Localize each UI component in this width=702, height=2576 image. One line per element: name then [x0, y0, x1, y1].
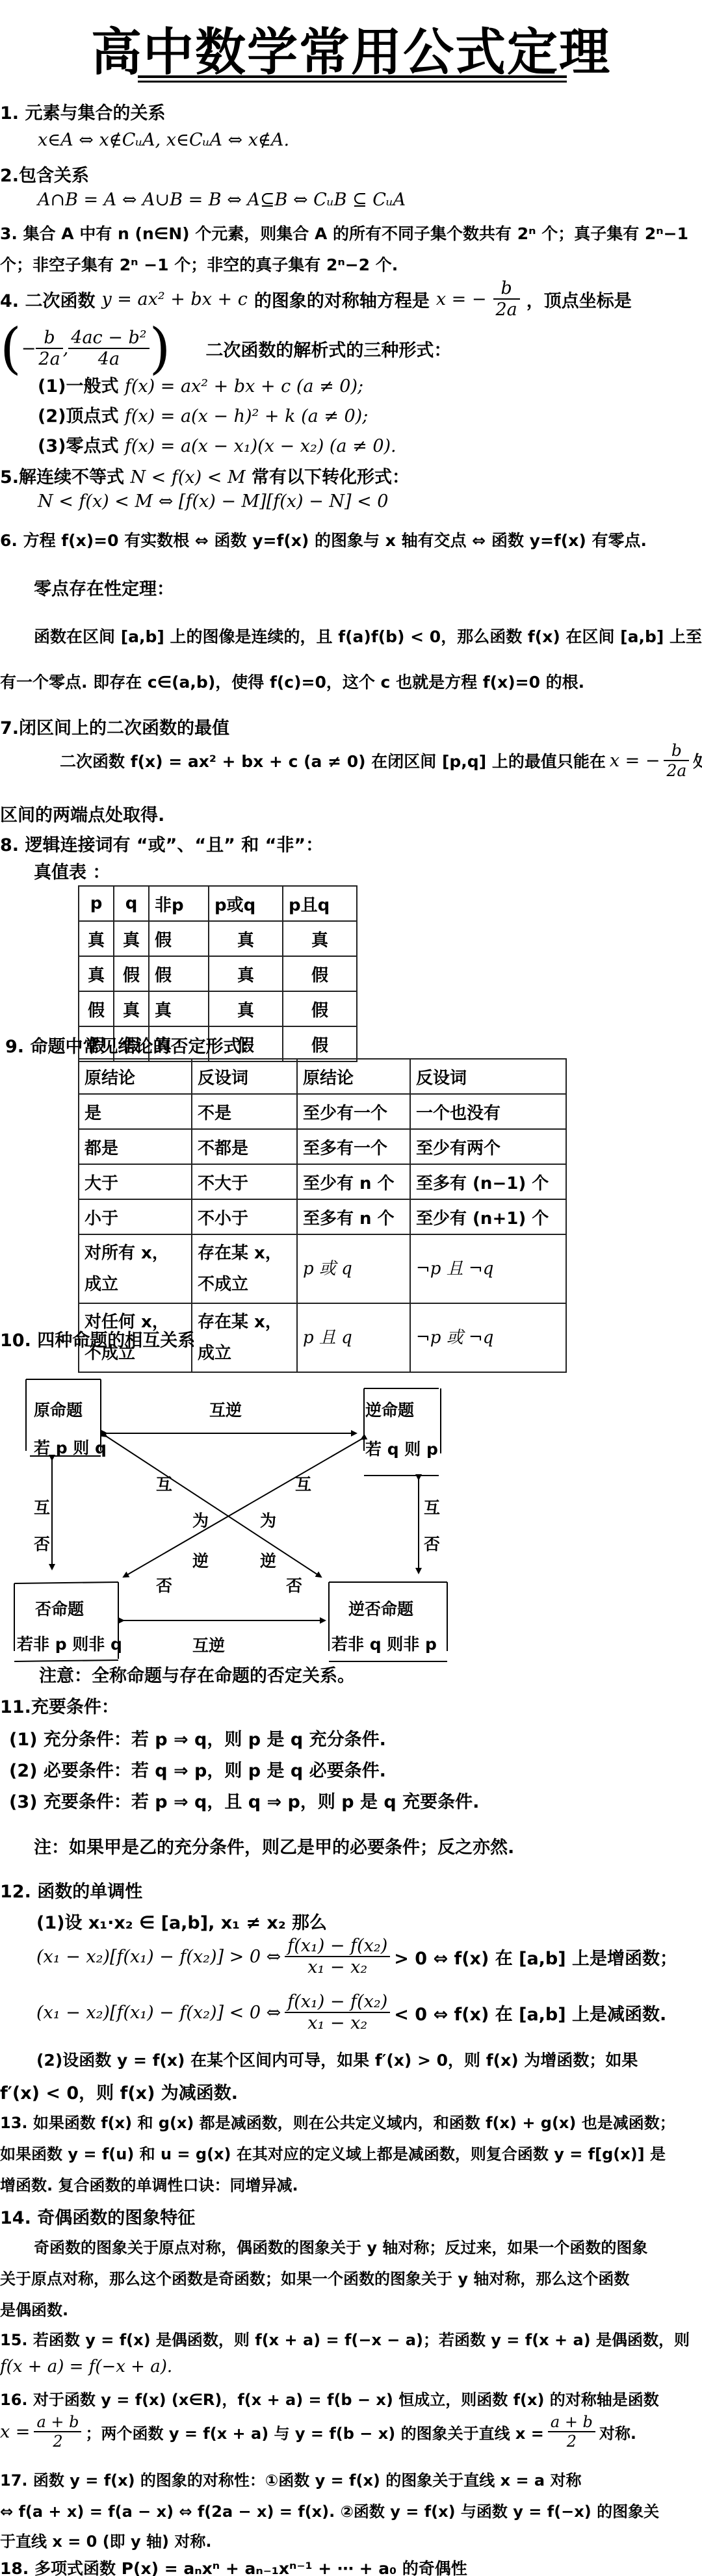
- cell: 至多有 n 个: [297, 1199, 410, 1234]
- cell: 都是: [79, 1129, 192, 1164]
- frac-denominator: x₁ − x₂: [285, 2013, 390, 2033]
- s4-quadratic: y = ax² + bx + c: [101, 289, 247, 309]
- cell: 至少有 n 个: [297, 1164, 410, 1199]
- table-row: 真真假真真: [79, 921, 357, 956]
- frac-numerator: a + b: [548, 2413, 595, 2432]
- cell: 真: [283, 921, 357, 956]
- label-cross-l2: 为: [192, 1508, 209, 1531]
- header-cell: p且q: [283, 886, 357, 921]
- minus-sign: −: [21, 339, 36, 359]
- cell: 至少有 (n+1) 个: [410, 1199, 566, 1234]
- frac-denominator: 2a: [664, 761, 689, 780]
- cell: 真: [209, 921, 283, 956]
- cell: 真: [209, 956, 283, 991]
- header-cell: 原结论: [79, 1059, 192, 1094]
- derivative-line-2: f′(x) < 0，则 f(x) 为减函数.: [0, 2079, 238, 2104]
- section-13-line-3: 增函数. 复合函数的单调性口诀：同增异减.: [0, 2172, 298, 2195]
- cell-line: 存在某 x，: [198, 1312, 282, 1332]
- section-7-line-1: 二次函数 f(x) = ax² + bx + c (a ≠ 0) 在闭区间 [p…: [60, 741, 702, 780]
- forms-heading: 二次函数的解析式的三种形式：: [205, 336, 451, 361]
- cell: 不都是: [192, 1129, 297, 1164]
- cell-line: 成立: [84, 1275, 118, 1294]
- section-7-line-2: 区间的两端点处取得.: [0, 801, 164, 826]
- truth-table-title: 真值表 ：: [34, 858, 110, 883]
- section-11-note: 注：如果甲是乙的充分条件，则乙是甲的必要条件；反之亦然.: [34, 1833, 514, 1858]
- section-16-line-1: 16. 对于函数 y = f(x) (x∈R)，f(x + a) = f(b −…: [0, 2387, 659, 2410]
- box-inverse-statement: 若非 p 则非 q: [17, 1632, 122, 1655]
- cell: 假: [283, 1026, 357, 1061]
- s16-lhs: x =: [0, 2422, 30, 2442]
- s16-fraction-2: a + b 2: [548, 2413, 595, 2451]
- label-cross-l3: 逆: [192, 1548, 209, 1572]
- frac-denominator: x₁ − x₂: [285, 1957, 390, 1977]
- cell: 假: [149, 956, 209, 991]
- s5-pre: 5.解连续不等式: [0, 467, 124, 488]
- condition-necessary: (2) 必要条件：若 q ⇒ p，则 p 是 q 必要条件.: [9, 1756, 386, 1782]
- section-13-line-2: 如果函数 y = f(u) 和 u = g(x) 在其对应的定义域上都是减函数，…: [0, 2141, 666, 2164]
- frac-denominator: 2: [34, 2432, 81, 2451]
- frac-numerator: f(x₁) − f(x₂): [285, 1992, 390, 2013]
- section-16-line-2: x = a + b 2 ；两个函数 y = f(x + a) 与 y = f(b…: [0, 2413, 636, 2451]
- cell: 不大于: [192, 1164, 297, 1199]
- cell: 假: [283, 956, 357, 991]
- form-formula: f(x) = a(x − x₁)(x − x₂) (a ≠ 0).: [125, 436, 396, 456]
- section-15-line-2: f(x + a) = f(−x + a).: [0, 2357, 172, 2376]
- header-cell: 反设词: [410, 1059, 566, 1094]
- s4-pre: 4. 二次函数: [0, 287, 95, 312]
- table-row: 对所有 x，成立 存在某 x，不成立 p 或 q ¬p 且 ¬q: [79, 1234, 566, 1303]
- s5-post: 常有以下转化形式：: [252, 467, 409, 488]
- inc-fraction: f(x₁) − f(x₂) x₁ − x₂: [285, 1936, 390, 1977]
- section-3-line-1: 3. 集合 A 中有 n (n∈N) 个元素，则集合 A 的所有不同子集个数共有…: [0, 221, 688, 244]
- cell: 不是: [192, 1094, 297, 1129]
- section-15-line-1: 15. 若函数 y = f(x) 是偶函数，则 f(x + a) = f(−x …: [0, 2327, 690, 2350]
- condition-iff: (3) 充要条件：若 p ⇒ q，且 q ⇒ p，则 p 是 q 充要条件.: [9, 1788, 479, 1813]
- paren-left: (: [0, 321, 21, 376]
- label-cross-r1: 互: [295, 1472, 311, 1495]
- inc-pre: (x₁ − x₂)[f(x₁) − f(x₂)] > 0 ⇔: [36, 1947, 281, 1967]
- monotonic-decreasing: (x₁ − x₂)[f(x₁) − f(x₂)] < 0 ⇔ f(x₁) − f…: [36, 1992, 666, 2033]
- cell: 至多有一个: [297, 1129, 410, 1164]
- s4-post: ，顶点坐标是: [526, 287, 632, 312]
- s7-post: 处及: [693, 749, 702, 772]
- s4-mid: 的图象的对称轴方程是: [254, 287, 430, 312]
- zero-theorem-title: 零点存在性定理：: [34, 575, 174, 600]
- vertex-x-fraction: b 2a: [36, 328, 62, 369]
- table-header-row: 原结论 反设词 原结论 反设词: [79, 1059, 566, 1094]
- label-right-2: 否: [424, 1531, 440, 1555]
- page-title: 高中数学常用公式定理: [0, 12, 702, 85]
- s5-inequality: N < f(x) < M: [130, 467, 245, 488]
- form-formula: f(x) = a(x − h)² + k (a ≠ 0);: [125, 406, 368, 426]
- section-5-formula: N < f(x) < M ⇔ [f(x) − M][f(x) − N] < 0: [38, 491, 388, 512]
- cell: p 或 q: [297, 1234, 410, 1303]
- frac-denominator: 2a: [493, 300, 520, 320]
- label-cross-l1: 互: [156, 1472, 172, 1495]
- section-10-heading: 10. 四种命题的相互关系: [0, 1326, 195, 1351]
- s16-post: 对称.: [599, 2421, 636, 2443]
- section-17-line-3: 于直线 x = 0 (即 y 轴) 对称.: [0, 2529, 211, 2551]
- section-2-heading: 2.包含关系: [0, 161, 89, 187]
- inc-post: > 0 ⇔ f(x) 在 [a,b] 上是增函数；: [394, 1944, 677, 1970]
- form-label: (2)顶点式: [38, 406, 118, 426]
- form-vertex: (2)顶点式 f(x) = a(x − h)² + k (a ≠ 0);: [38, 402, 368, 427]
- header-cell: q: [114, 886, 149, 921]
- cell: 至少有一个: [297, 1094, 410, 1129]
- cell: 小于: [79, 1199, 192, 1234]
- table-row: 是不是至少有一个一个也没有: [79, 1094, 566, 1129]
- table-row: 都是不都是至多有一个至少有两个: [79, 1129, 566, 1164]
- title-underline-1: [138, 75, 567, 78]
- cell: 真: [114, 921, 149, 956]
- dec-pre: (x₁ − x₂)[f(x₁) − f(x₂)] < 0 ⇔: [36, 2003, 281, 2023]
- monotonic-increasing: (x₁ − x₂)[f(x₁) − f(x₂)] > 0 ⇔ f(x₁) − f…: [36, 1936, 677, 1977]
- frac-denominator: 2: [548, 2432, 595, 2451]
- s4-axis-lhs: x = −: [436, 289, 487, 309]
- section-9-heading: 9. 命题中常见结论的否定形式：: [5, 1032, 258, 1058]
- cell: 存在某 x，成立: [192, 1303, 297, 1372]
- box-contrapositive-title: 逆否命题: [348, 1596, 413, 1620]
- cell: 至多有 (n−1) 个: [410, 1164, 566, 1199]
- cell: 假: [149, 921, 209, 956]
- zero-theorem-line-1: 函数在区间 [a,b] 上的图像是连续的，且 f(a)f(b) < 0，那么函数…: [34, 624, 702, 647]
- label-cross-r4: 否: [286, 1573, 302, 1596]
- header-cell: p: [79, 886, 114, 921]
- section-7-heading: 7.闭区间上的二次函数的最值: [0, 714, 229, 739]
- section-3-line-2: 个；非空子集有 2ⁿ −1 个；非空的真子集有 2ⁿ−2 个.: [0, 252, 398, 276]
- section-2-formula: A∩B = A ⇔ A∪B = B ⇔ A⊆B ⇔ CᵤB ⊆ CᵤA: [38, 190, 406, 210]
- header-cell: 反设词: [192, 1059, 297, 1094]
- paren-right: ): [149, 321, 171, 376]
- s4-vertex: ( − b 2a , 4ac − b² 4a ) 二次函数的解析式的三种形式：: [0, 321, 451, 376]
- box-converse-statement: 若 q 则 p: [365, 1437, 438, 1460]
- section-14-line-3: 是偶函数.: [0, 2297, 68, 2320]
- s4-axis-fraction: b 2a: [493, 278, 520, 320]
- form-formula: f(x) = ax² + bx + c (a ≠ 0);: [125, 376, 363, 397]
- s7-pre: 二次函数 f(x) = ax² + bx + c (a ≠ 0) 在闭区间 [p…: [60, 749, 606, 772]
- section-4-line-1: 4. 二次函数 y = ax² + bx + c 的图象的对称轴方程是 x = …: [0, 278, 632, 320]
- cell: 真: [79, 956, 114, 991]
- cell: p 且 q: [297, 1303, 410, 1372]
- cell-line: 存在某 x，: [198, 1243, 282, 1263]
- form-general: (1)一般式 f(x) = ax² + bx + c (a ≠ 0);: [38, 372, 363, 397]
- cell: 大于: [79, 1164, 192, 1199]
- section-11-heading: 11.充要条件：: [0, 1693, 119, 1718]
- section-18-heading: 18. 多项式函数 P(x) = aₙxⁿ + aₙ₋₁xⁿ⁻¹ + ⋯ + a…: [0, 2556, 467, 2576]
- frac-numerator: a + b: [34, 2413, 81, 2432]
- box-contrapositive-statement: 若非 q 则非 p: [331, 1632, 437, 1655]
- frac-denominator: 4a: [68, 349, 149, 369]
- label-cross-r3: 逆: [260, 1548, 276, 1572]
- frac-numerator: f(x₁) − f(x₂): [285, 1936, 390, 1957]
- form-label: (1)一般式: [38, 376, 118, 397]
- cell: 假: [114, 956, 149, 991]
- table-row: 假真真真假: [79, 991, 357, 1026]
- table-header-row: p q 非p p或q p且q: [79, 886, 357, 921]
- box-original-title: 原命题: [34, 1398, 83, 1421]
- label-bottom-mutual-converse: 互逆: [192, 1633, 225, 1656]
- condition-sufficient: (1) 充分条件：若 p ⇒ q，则 p 是 q 充分条件.: [9, 1725, 386, 1750]
- frac-numerator: b: [493, 278, 520, 300]
- section-17-line-2: ⇔ f(a + x) = f(a − x) ⇔ f(2a − x) = f(x)…: [0, 2499, 659, 2521]
- cell: 真: [114, 991, 149, 1026]
- title-underline-2: [138, 81, 567, 83]
- cell: ¬p 且 ¬q: [410, 1234, 566, 1303]
- section-14-line-2: 关于原点对称，那么这个函数是奇函数；如果一个函数的图象关于 y 轴对称，那么这个…: [0, 2266, 629, 2289]
- cell: 存在某 x，不成立: [192, 1234, 297, 1303]
- cell: 至少有两个: [410, 1129, 566, 1164]
- dec-post: < 0 ⇔ f(x) 在 [a,b] 上是减函数.: [394, 2000, 666, 2025]
- header-cell: 非p: [149, 886, 209, 921]
- comma: ,: [63, 339, 69, 359]
- section-6-line-1: 6. 方程 f(x)=0 有实数根 ⇔ 函数 y=f(x) 的图象与 x 轴有交…: [0, 528, 647, 551]
- cell: 对所有 x，成立: [79, 1234, 192, 1303]
- cell-line: 成立: [198, 1344, 231, 1363]
- cell: ¬p 或 ¬q: [410, 1303, 566, 1372]
- form-zero: (3)零点式 f(x) = a(x − x₁)(x − x₂) (a ≠ 0).: [38, 432, 396, 457]
- section-12-heading: 12. 函数的单调性: [0, 1877, 142, 1903]
- table-row: 大于不大于至少有 n 个至多有 (n−1) 个: [79, 1164, 566, 1199]
- section-10-note: 注意：全称命题与存在命题的否定关系。: [39, 1661, 355, 1687]
- frac-numerator: 4ac − b²: [68, 328, 149, 349]
- vertex-y-fraction: 4ac − b² 4a: [68, 328, 149, 369]
- derivative-line-1: (2)设函数 y = f(x) 在某个区间内可导，如果 f′(x) > 0，则 …: [36, 2048, 638, 2071]
- section-17-line-1: 17. 函数 y = f(x) 的图象的对称性：①函数 y = f(x) 的图象…: [0, 2467, 581, 2490]
- label-top-mutual-converse: 互逆: [209, 1398, 242, 1421]
- section-5-heading: 5.解连续不等式 N < f(x) < M 常有以下转化形式：: [0, 463, 409, 488]
- box-original-statement: 若 p 则 q: [34, 1435, 107, 1459]
- box-converse-title: 逆命题: [365, 1398, 414, 1421]
- cell: 假: [79, 991, 114, 1026]
- label-cross-l4: 否: [156, 1573, 172, 1596]
- s16-fraction-1: a + b 2: [34, 2413, 81, 2451]
- label-cross-r2: 为: [260, 1508, 276, 1531]
- section-1-heading: 1. 元素与集合的关系: [0, 99, 165, 124]
- section-14-heading: 14. 奇偶函数的图象特征: [0, 2204, 195, 2229]
- frac-denominator: 2a: [36, 349, 62, 369]
- monotonic-condition: (1)设 x₁·x₂ ∈ [a,b], x₁ ≠ x₂ 那么: [36, 1908, 327, 1934]
- cell: 不小于: [192, 1199, 297, 1234]
- s16-mid: ；两个函数 y = f(x + a) 与 y = f(b − x) 的图象关于直…: [85, 2421, 543, 2443]
- label-right-1: 互: [424, 1495, 440, 1518]
- cell: 是: [79, 1094, 192, 1129]
- section-14-line-1: 奇函数的图象关于原点对称，偶函数的图象关于 y 轴对称；反过来，如果一个函数的图…: [34, 2235, 647, 2257]
- s7-lhs: x = −: [610, 751, 660, 771]
- label-left-1: 互: [34, 1495, 50, 1518]
- table-row: 真假假真假: [79, 956, 357, 991]
- label-left-2: 否: [34, 1531, 50, 1555]
- cell-line: 对所有 x，: [84, 1243, 169, 1263]
- zero-theorem-line-2: 有一个零点. 即存在 c∈(a,b)，使得 f(c)=0，这个 c 也就是方程 …: [0, 670, 584, 693]
- cell: 假: [283, 991, 357, 1026]
- cell: 真: [149, 991, 209, 1026]
- section-13-line-1: 13. 如果函数 f(x) 和 g(x) 都是减函数，则在公共定义域内，和函数 …: [0, 2110, 675, 2133]
- frac-numerator: b: [664, 741, 689, 761]
- box-inverse-title: 否命题: [35, 1596, 84, 1620]
- dec-fraction: f(x₁) − f(x₂) x₁ − x₂: [285, 1992, 390, 2033]
- cell: 真: [79, 921, 114, 956]
- form-label: (3)零点式: [38, 436, 118, 456]
- cell-line: 不成立: [198, 1275, 248, 1294]
- section-8-heading: 8. 逻辑连接词有 “或”、“且” 和 “非”：: [0, 831, 323, 856]
- header-cell: p或q: [209, 886, 283, 921]
- cell: 真: [209, 991, 283, 1026]
- section-1-formula: x∈A ⇔ x∉CᵤA, x∈CᵤA ⇔ x∉A.: [38, 130, 289, 150]
- table-row: 小于不小于至多有 n 个至少有 (n+1) 个: [79, 1199, 566, 1234]
- s7-fraction: b 2a: [664, 741, 689, 780]
- frac-numerator: b: [36, 328, 62, 349]
- header-cell: 原结论: [297, 1059, 410, 1094]
- cell: 一个也没有: [410, 1094, 566, 1129]
